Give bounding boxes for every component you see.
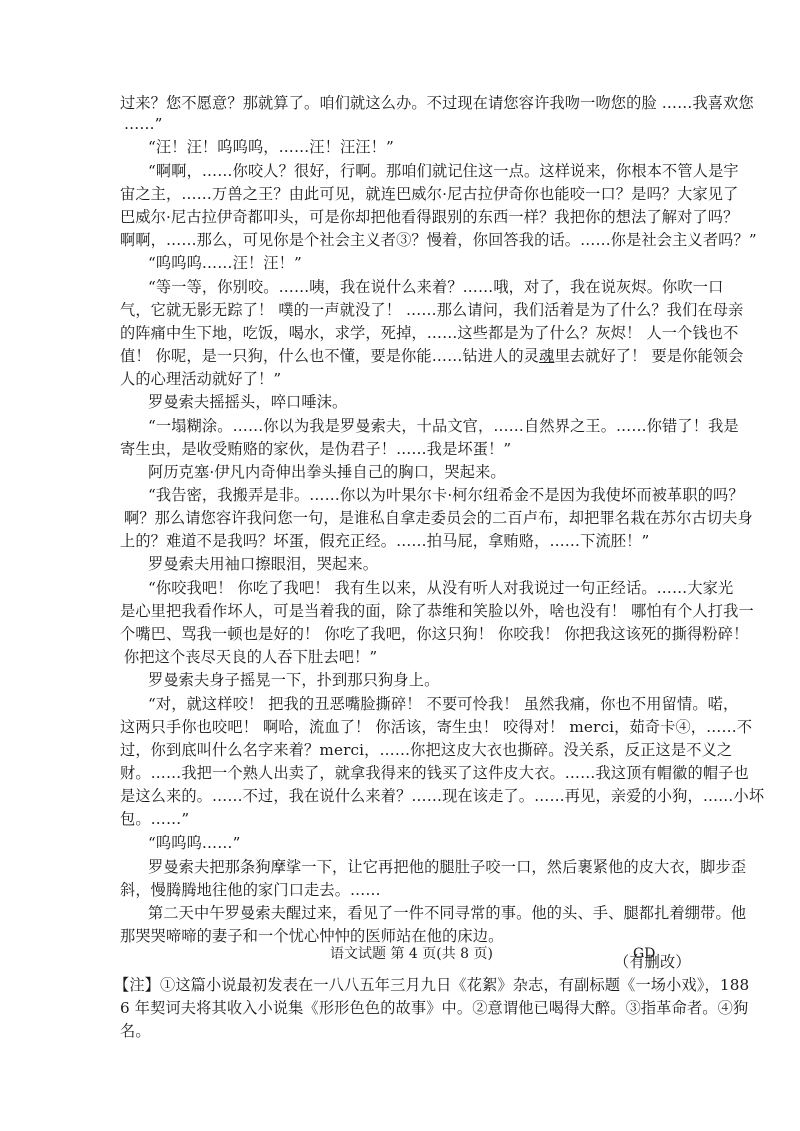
paragraph-start: “一塌糊涂。……你以为我是罗曼索夫，十品文官，……自然界之王。……你错了！我是 — [148, 415, 739, 437]
paragraph-start: “我告密，我搬弄是非。……你以为叶果尔卡·柯尔纽希金不是因为我使坏而被革职的吗？ — [148, 484, 744, 506]
narration-line: 罗曼索夫摇摇头，啐口唾沫。 — [148, 391, 347, 413]
text-line: 巴威尔·尼古拉伊奇都叩头，可是你却把他看得跟别的东西一样？我把你的想法了解对了吗… — [120, 206, 738, 228]
text-line: 过来？您不愿意？那就算了。咱们就这么办。不过现在请您容许我吻一吻您的脸 ……我喜… — [120, 92, 754, 114]
text-line: ……” — [124, 113, 163, 135]
footnote-line: 6 年契诃夫将其收入小说集《形形色色的故事》中。②意谓他已喝得大醉。③指革命者。… — [120, 997, 748, 1019]
paragraph-start: “你咬我吧！ 你吃了我吧！ 我有生以来，从没有听人对我说过一句正经话。……大家光 — [148, 577, 733, 599]
paragraph-start: “等一等，你别咬。……咦，我在说什么来着？……哦，对了，我在说灰烬。你吹一口 — [148, 276, 723, 298]
text-line: 过，你到底叫什么名字来着？merci，……你把这皮大衣也撕碎。没关系，反正这是不… — [120, 739, 732, 761]
paragraph-start: “对，就这样咬！ 把我的丑恶嘴脸撕碎！ 不要可怜我！ 虽然我痛，你也不用留情。喏… — [148, 693, 738, 715]
text-line: 值！ 你呢，是一只狗，什么也不懂，要是你能……钻进人的灵魂里去就好了！ 要是你能… — [120, 345, 743, 367]
footnote-line: 【注】①这篇小说最初发表在一八八五年三月九日《花絮》杂志，有副标题《一场小戏》，… — [114, 974, 749, 996]
text-line: 寄生虫，是收受贿赂的家伙，是伪君子！……我是坏蛋！” — [120, 438, 511, 460]
text-segment: 值！ 你呢，是一只狗，什么也不懂，要是你能……钻进人的灵 — [120, 347, 539, 365]
text-segment: 里去就好了！ 要是你能领会 — [554, 347, 743, 365]
text-line: 气，它就无影无踪了！ 噗的一声就没了！ ……那么请问，我们活着是为了什么？我们在… — [120, 299, 743, 321]
text-line: 啊？那么请您容许我问您一句，是谁私自拿走委员会的二百卢布，却把罪名栽在苏尔古切夫… — [124, 507, 753, 529]
exam-code: GD — [633, 944, 655, 964]
text-line: 你把这个丧尽天良的人吞下肚去吧！” — [124, 646, 377, 668]
text-line: 啊啊，……那么，可见你是个社会主义者③？慢着，你回答我的话。……你是社会主义者吗… — [120, 229, 757, 251]
text-line: 的阵痛中生下地，吃饭，喝水，求学，死掉，……这些都是为了什么？灰烬！ 人一个钱也… — [120, 322, 738, 344]
dialogue-line: “汪！汪！呜呜呜，……汪！汪汪！” — [148, 136, 394, 158]
paragraph-start: 第二天中午罗曼索夫醒过来，看见了一件不同寻常的事。他的头、手、腿都扎着绷带。他 — [148, 902, 746, 924]
paragraph-start: “啊啊，……你咬人？很好，行啊。那咱们就记住这一点。这样说来，你根本不管人是宇 — [148, 160, 739, 182]
text-line: 包。……” — [120, 808, 189, 830]
text-line: 是心里把我看作坏人，可是当着我的面，除了恭维和笑脸以外，啥也没有！ 哪怕有个人打… — [120, 600, 754, 622]
text-line: 这两只手你也咬吧！ 啊哈，流血了！ 你活该，寄生虫！ 咬得对！ merci，茹奇… — [120, 716, 752, 738]
text-line: 宙之主，……万兽之王？由此可见，就连巴威尔·尼古拉伊奇你也能咬一口？是吗？大家见… — [120, 183, 738, 205]
narration-line: 罗曼索夫用袖口擦眼泪，哭起来。 — [148, 553, 378, 575]
paragraph-start: 罗曼索夫把那条狗摩挲一下，让它再把他的腿肚子咬一口，然后裹紧他的皮大衣，脚步歪 — [148, 856, 746, 878]
dialogue-line: “呜呜呜……汪！汪！” — [148, 252, 302, 274]
text-line: 是这么来的。……不过，我在说什么来着？……现在该走了。……再见，亲爱的小狗，……… — [120, 785, 764, 807]
text-line: 上的？难道不是我吗？坏蛋，假充正经。……拍马屁，拿贿赂，……下流胚！” — [120, 530, 649, 552]
underlined-character: 魂 — [539, 347, 554, 365]
page-footer: 语文试题 第 4 页(共 8 页) GD — [0, 944, 800, 964]
narration-line: 罗曼索夫身子摇晃一下，扑到那只狗身上。 — [148, 669, 439, 691]
text-line: 财。……我把一个熟人出卖了，就拿我得来的钱买了这件皮大衣。……我这顶有帽徽的帽子… — [120, 762, 749, 784]
dialogue-line: “呜呜呜……” — [148, 832, 241, 854]
text-line: 个嘴巴、骂我一顿也是好的！ 你吃了我吧，你这只狗！ 你咬我！ 你把我这该死的撕得… — [120, 623, 748, 645]
narration-line: 阿历克塞·伊凡内奇伸出拳头捶自己的胸口，哭起来。 — [148, 461, 506, 483]
text-line: 人的心理活动就好了！” — [120, 368, 281, 390]
text-line: 斜，慢腾腾地往他的家门口走去。…… — [120, 879, 381, 901]
footnote-line: 名。 — [120, 1020, 151, 1042]
page-number-label: 语文试题 第 4 页(共 8 页) — [330, 944, 493, 964]
